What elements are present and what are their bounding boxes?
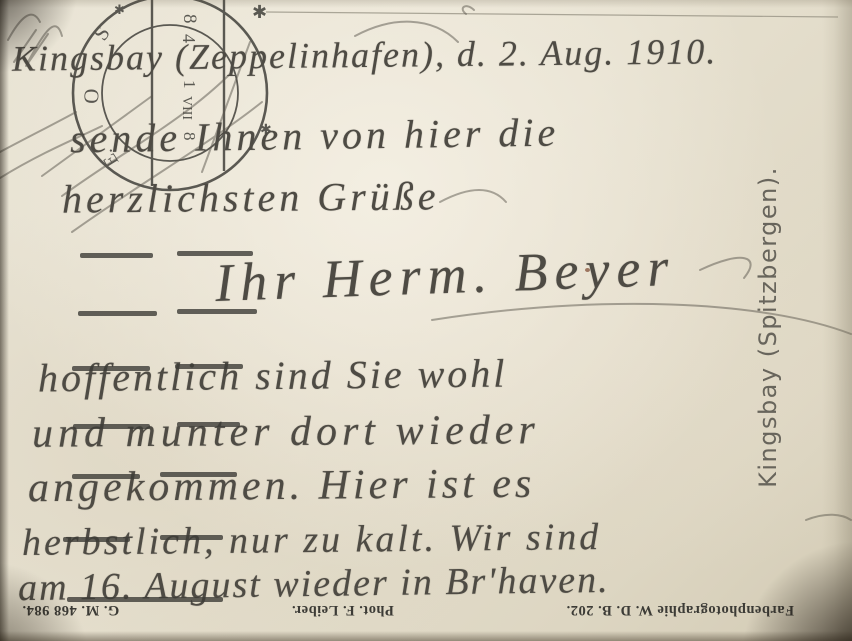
- handwriting-line: und munter dort wieder: [32, 406, 540, 458]
- handwriting-line: angekommen. Hier ist es: [28, 460, 536, 512]
- bottom-caption-number: G. M. 468 984.: [22, 601, 119, 618]
- postmark-date-digit-1: 8: [179, 14, 200, 24]
- postcard-photo: S O E. 8 4 1 VIII 8 ✱ ✱ ✱: [0, 0, 852, 641]
- printed-address-line: [160, 472, 237, 477]
- top-rule-line: [266, 12, 838, 17]
- printed-address-line: [175, 364, 243, 369]
- side-caption: Kingsbay (Spitzbergen).: [754, 146, 782, 508]
- bottom-caption: Farbenphotographie W. D. B. 202. Phot. F…: [22, 601, 794, 618]
- printed-address-line: [73, 424, 150, 429]
- printed-address-line: [80, 253, 153, 258]
- printed-address-line: [63, 537, 130, 542]
- bottom-caption-publisher: Farbenphotographie W. D. B. 202.: [566, 601, 794, 618]
- postmark-star-icon: ✱: [114, 2, 125, 17]
- handwriting-line: sende Ihnen von hier die: [70, 109, 560, 163]
- postmark-star-icon: ✱: [252, 2, 267, 22]
- printed-address-line: [160, 535, 223, 540]
- printed-address-line: [72, 366, 150, 371]
- printed-address-line: [177, 251, 253, 256]
- postmark-date-digit-3: 1: [180, 80, 199, 89]
- handwriting-line: herzlichsten Grüße: [62, 172, 440, 222]
- handwriting-dateline: Kingsbay (Zeppelinhafen), d. 2. Aug. 191…: [12, 30, 718, 79]
- handwriting-line: hoffentlich sind Sie wohl: [38, 350, 508, 402]
- paper-fleck: [585, 268, 590, 272]
- printed-address-line: [177, 422, 240, 427]
- printed-address-line: [67, 597, 223, 602]
- printed-address-line: [78, 311, 157, 316]
- printed-address-line: [177, 309, 257, 314]
- printed-address-line: [72, 474, 140, 479]
- postmark-rim-letter-o: O: [79, 88, 104, 104]
- bottom-caption-photographer: Phot. F. Leiber.: [291, 601, 393, 618]
